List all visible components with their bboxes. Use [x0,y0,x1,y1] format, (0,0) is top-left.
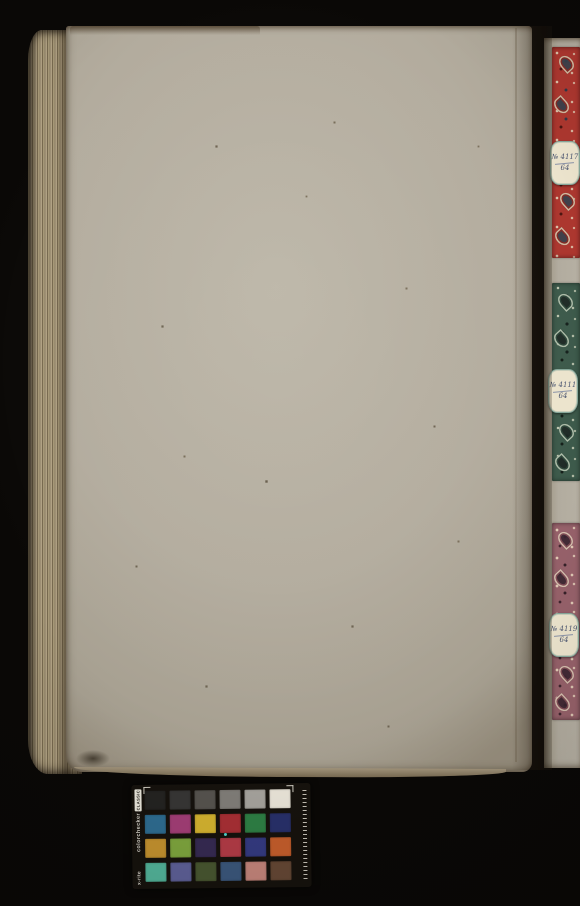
patch-purple [195,838,216,857]
swatch-number-tag: № 4119 64 [549,613,579,657]
paisley-motif [552,453,573,474]
tag-number-secondary: 64 [561,165,570,173]
patch-red [220,814,241,833]
patch-dark-skin [270,861,291,880]
page-top-edge-shading [70,26,260,35]
patch-orange [270,837,291,856]
patch-moderate-red [220,838,241,857]
paisley-motif [552,227,573,248]
colorchecker-brand-label: x-rite [136,871,142,885]
colorchecker-side-labels: CLASSIC colorchecker x-rite [132,789,144,885]
colorchecker-classic-label: CLASSIC [134,789,141,811]
blank-book-page [66,26,532,772]
patch-neutral-8 [244,789,265,808]
patch-row-primaries [145,813,291,834]
patch-neutral-35 [169,790,190,809]
paisley-motif [555,291,576,312]
patch-row-natural [145,861,291,882]
patch-white [269,789,290,808]
colorchecker-card: CLASSIC colorchecker x-rite [131,783,311,889]
patch-magenta [170,814,191,833]
archival-photo-canvas: № 4117 64 № 4111 64 № 4119 64 CLASSIC co… [0,0,580,906]
patch-yellow [195,814,216,833]
tag-divider [554,634,573,637]
patch-neutral-5 [194,790,215,809]
patch-orange-yellow [145,839,166,858]
paisley-motif [556,421,577,442]
paisley-motif [551,329,572,350]
paisley-motif [556,663,577,684]
book-gutter-shadow [512,26,552,770]
patch-green [245,813,266,832]
colorchecker-product-label: colorchecker [135,813,141,852]
patch-row-neutrals [144,789,290,810]
patch-blue [270,813,291,832]
patch-row-misc [145,837,291,858]
tag-divider [555,162,574,165]
patch-purplish-blue [245,837,266,856]
tag-number: № 4111 [550,382,577,390]
tag-number: № 4117 [552,154,579,162]
patch-yellow-green [170,838,191,857]
tag-divider [553,390,572,393]
edge-stain [76,750,110,767]
paisley-motif [555,529,576,550]
paisley-motif [556,53,577,74]
paisley-motif [551,95,572,116]
colorchecker-ruler-marks [302,790,307,881]
swatch-number-tag: № 4117 64 [550,141,580,185]
swatch-number-tag: № 4111 64 [548,369,578,413]
registration-dot [224,833,227,836]
paisley-motif [551,569,572,590]
patch-neutral-65 [219,790,240,809]
patch-light-skin [245,861,266,880]
patch-black [144,791,165,810]
tag-number-secondary: 64 [559,393,568,401]
patch-blue-sky [220,862,241,881]
page-bottom-edge [74,767,506,778]
paper-specks [66,26,67,27]
tag-number-secondary: 64 [560,637,569,645]
paisley-motif [552,693,573,714]
paisley-motif [557,190,578,211]
patch-foliage [195,862,216,881]
colorchecker-patch-grid [144,789,291,887]
patch-blue-flower [170,862,191,881]
tag-number: № 4119 [551,626,578,634]
patch-cyan [145,815,166,834]
patch-bluish-green [145,863,166,882]
